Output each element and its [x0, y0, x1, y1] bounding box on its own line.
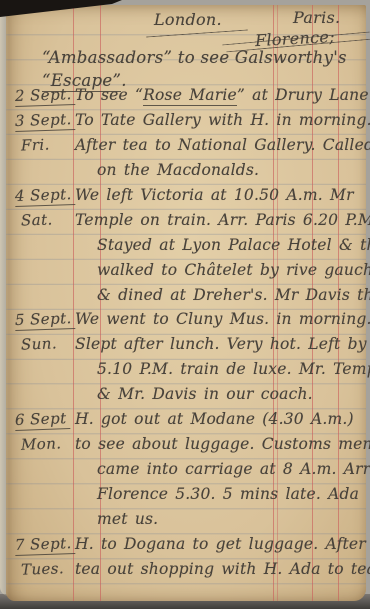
- entry-date-label: 4 Sept.: [15, 185, 75, 207]
- entry-date-label: Sun.: [21, 335, 58, 354]
- london-strike-line: [146, 29, 248, 37]
- entry-body-text: After tea to National Gallery. Called: [75, 136, 370, 154]
- entry-date-label: 5 Sept.: [15, 309, 75, 331]
- diary-row: 5 Sept.We went to Cluny Mus. in morning.: [6, 308, 366, 333]
- diary-page: London. Paris. Florence; “Ambassadors” t…: [6, 5, 366, 601]
- diary-row: met us.: [6, 508, 366, 533]
- entry-body-text: Florence 5.30. 5 mins late. Ada: [97, 485, 359, 503]
- diary-row: came into carriage at 8 A.m. Arr.: [6, 458, 366, 483]
- play-note-line1: “Ambassadors” to see Galsworthy's: [42, 48, 347, 67]
- entry-body-text: to see about luggage. Customs men: [75, 435, 370, 453]
- entry-body-text: Slept after lunch. Very hot. Left by: [75, 335, 367, 353]
- entry-date-label: Fri.: [21, 135, 50, 154]
- entry-date-label: Sat.: [21, 210, 53, 229]
- entry-body-text: To Tate Gallery with H. in morning.: [75, 111, 370, 129]
- diary-row: & dined at Dreher's. Mr Davis there: [6, 284, 366, 309]
- entry-body-text: walked to Châtelet by rive gauche: [97, 261, 370, 279]
- header-city-london: London.: [154, 10, 222, 29]
- entry-body-text: & Mr. Davis in our coach.: [97, 385, 313, 403]
- entry-date-label: 6 Sept: [15, 409, 70, 431]
- diary-row: Sat.Temple on train. Arr. Paris 6.20 P.M…: [6, 209, 366, 234]
- diary-row: 2 Sept.To see “Rose Marie” at Drury Lane…: [6, 84, 366, 109]
- diary-photo: London. Paris. Florence; “Ambassadors” t…: [0, 0, 370, 609]
- entry-date-label: 7 Sept.: [15, 534, 75, 556]
- entry-body-text: H. got out at Modane (4.30 A.m.): [75, 410, 354, 428]
- diary-row: & Mr. Davis in our coach.: [6, 383, 366, 408]
- entry-body-text: came into carriage at 8 A.m. Arr.: [97, 460, 370, 478]
- header-city-paris: Paris.: [293, 8, 340, 27]
- underlined-phrase: Rose Marie: [143, 86, 237, 106]
- diary-row: walked to Châtelet by rive gauche: [6, 259, 366, 284]
- entry-body-text: 5.10 P.M. train de luxe. Mr. Temple: [97, 360, 370, 378]
- diary-row: 4 Sept.We left Victoria at 10.50 A.m. Mr: [6, 184, 366, 209]
- diary-row: Tues.tea out shopping with H. Ada to tea…: [6, 558, 366, 583]
- diary-row: Stayed at Lyon Palace Hotel & then: [6, 234, 366, 259]
- entry-body-text: & dined at Dreher's. Mr Davis there: [97, 286, 370, 304]
- entry-body-text: Temple on train. Arr. Paris 6.20 P.M.: [75, 211, 370, 229]
- entry-rows: 2 Sept.To see “Rose Marie” at Drury Lane…: [6, 84, 366, 583]
- entry-body-text: on the Macdonalds.: [97, 161, 259, 179]
- entry-body-text: We went to Cluny Mus. in morning.: [75, 310, 370, 328]
- diary-row: Florence 5.30. 5 mins late. Ada: [6, 483, 366, 508]
- diary-row: 6 SeptH. got out at Modane (4.30 A.m.): [6, 408, 366, 433]
- entry-date-label: Mon.: [21, 434, 62, 453]
- diary-row: Mon.to see about luggage. Customs men: [6, 433, 366, 458]
- diary-row: Sun.Slept after lunch. Very hot. Left by: [6, 333, 366, 358]
- page-left-edge: [0, 2, 9, 596]
- entry-body-text: H. to Dogana to get luggage. After: [75, 535, 366, 553]
- diary-row: Fri.After tea to National Gallery. Calle…: [6, 134, 366, 159]
- entry-body-text: To see “Rose Marie” at Drury Lane.: [75, 86, 370, 104]
- diary-row: 3 Sept.To Tate Gallery with H. in mornin…: [6, 109, 366, 134]
- diary-row: 5.10 P.M. train de luxe. Mr. Temple: [6, 358, 366, 383]
- entry-date-label: Tues.: [21, 559, 65, 578]
- entry-body-text: Stayed at Lyon Palace Hotel & then: [97, 236, 370, 254]
- entry-date-label: 3 Sept.: [15, 110, 75, 132]
- entry-date-label: 2 Sept.: [15, 85, 75, 107]
- entry-body-text: tea out shopping with H. Ada to tea.: [75, 560, 370, 578]
- diary-row: on the Macdonalds.: [6, 159, 366, 184]
- diary-row: 7 Sept.H. to Dogana to get luggage. Afte…: [6, 533, 366, 558]
- entry-body-text: We left Victoria at 10.50 A.m. Mr: [75, 186, 354, 204]
- entry-body-text: met us.: [97, 510, 158, 528]
